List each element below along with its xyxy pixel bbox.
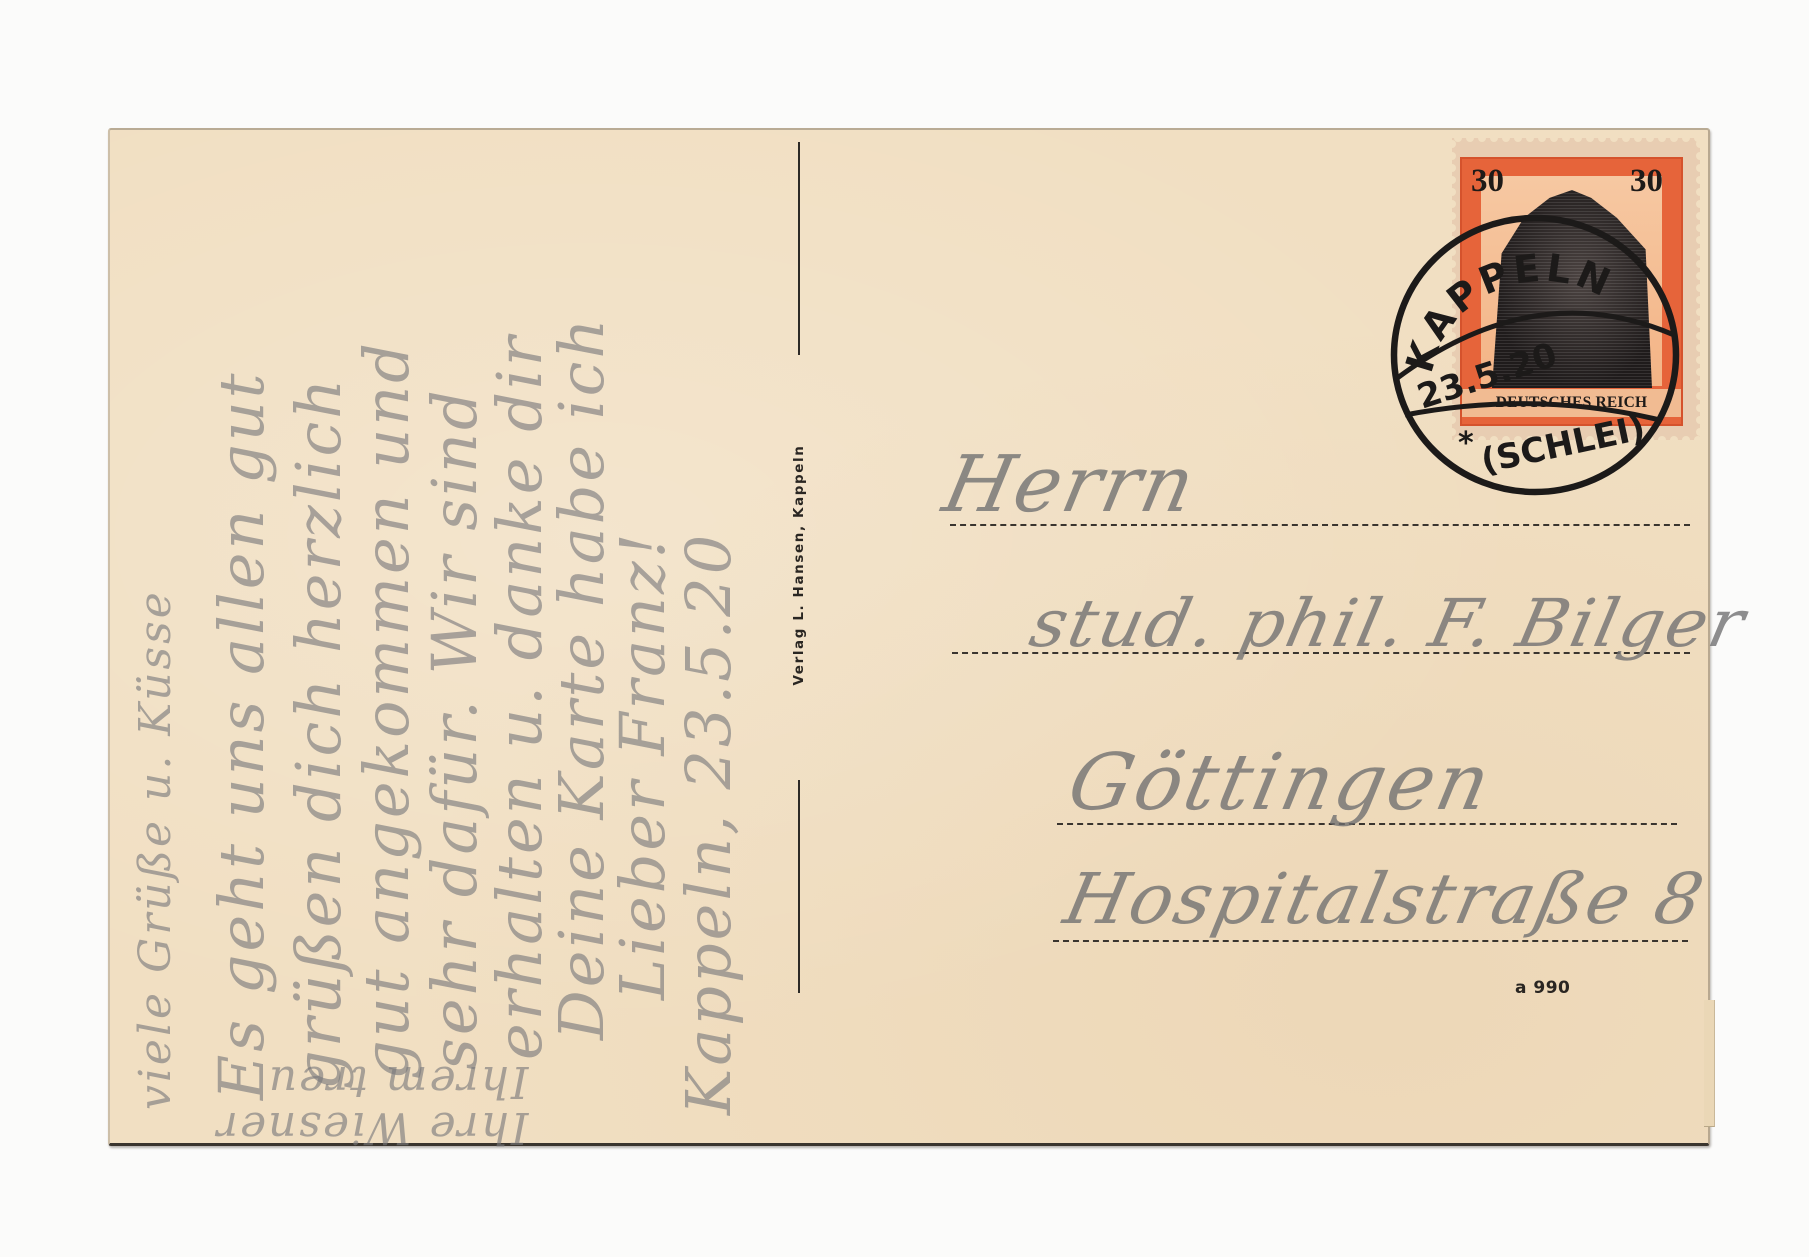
message-line: gut angekommen und: [350, 340, 423, 1080]
postmark-region: (SCHLEI): [1478, 408, 1649, 482]
stamp-value-right: 30: [1630, 163, 1663, 200]
message-line: erhalten u. danke dir: [483, 334, 556, 1060]
catalog-number: a 990: [1515, 978, 1570, 998]
message-line: Es geht uns allen gut: [205, 370, 278, 1100]
message-closing-line: Ihrem treu: [215, 1058, 528, 1104]
address-city: Göttingen: [1061, 738, 1501, 828]
message-line: sehr dafür. Wir sind: [418, 387, 491, 1070]
message-line: grüßen dich herzlich: [282, 376, 355, 1090]
message-line: Kappeln, 23.5.20: [672, 532, 745, 1115]
address-salutation: Herrn: [936, 440, 1204, 530]
postcard-folded-edge: [1704, 1000, 1715, 1127]
address-recipient-name: stud. phil. F. Bilger: [1024, 585, 1753, 662]
postmark-cancellation: KAPPELN 23.5.20 * (SCHLEI): [1390, 215, 1680, 495]
stamp-value-left: 30: [1471, 163, 1504, 200]
message-line: viele Grüße u. Küsse: [130, 589, 181, 1110]
message-closing-line: Ihre Wiesner: [215, 1104, 528, 1150]
message-closing: Ihre Wiesner Ihrem treu: [215, 1058, 528, 1150]
postmark-star-icon: *: [1458, 426, 1474, 461]
divider-line-top: [798, 142, 800, 355]
divider-line-bottom: [798, 780, 800, 993]
address-line-4: [1053, 940, 1688, 942]
address-street: Hospitalstraße 8: [1058, 858, 1713, 940]
publisher-imprint: Verlag L. Hansen, Kappeln: [791, 445, 807, 686]
